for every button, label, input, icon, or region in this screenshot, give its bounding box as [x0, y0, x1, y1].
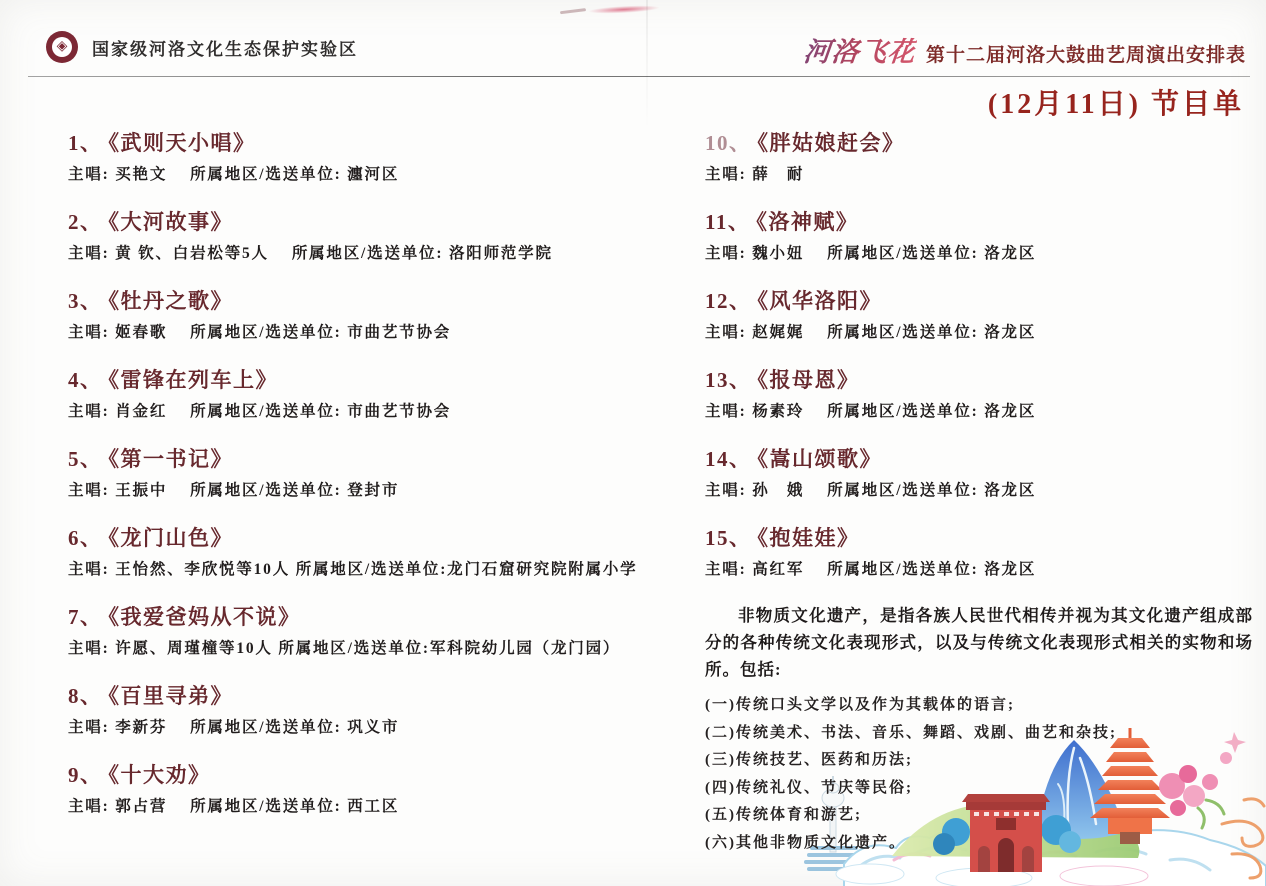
program-item: 6、《龙门山色》 主唱: 王怡然、李欣悦等10人 所属地区/选送单位:龙门石窟研…	[68, 523, 653, 581]
program-item-title-line: 8、《百里寻弟》	[68, 681, 653, 711]
program-column-left: 1、《武则天小唱》 主唱: 买艳文 所属地区/选送单位: 瀍河区 2、《大河故事…	[68, 128, 653, 839]
program-item-title-line: 15、《抱娃娃》	[705, 523, 1253, 553]
notice-list-item: (三)传统技艺、医药和历法;	[705, 747, 1253, 775]
program-item-number: 11、	[705, 210, 750, 234]
program-item-detail: 主唱: 李新芬 所属地区/选送单位: 巩义市	[68, 717, 653, 739]
program-item-title: 《胖姑娘赶会》	[758, 131, 905, 155]
program-item-title-line: 12、《风华洛阳》	[705, 286, 1253, 316]
program-item-title-line: 9、《十大劝》	[68, 760, 653, 790]
program-item-detail: 主唱: 肖金红 所属地区/选送单位: 市曲艺节协会	[68, 401, 653, 423]
program-item-title-line: 14、《嵩山颂歌》	[705, 444, 1253, 474]
program-item-title-line: 11、《洛神赋》	[705, 207, 1253, 237]
event-header: 河洛飞花 第十二届河洛大鼓曲艺周演出安排表	[804, 30, 1246, 69]
program-item: 4、《雷锋在列车上》 主唱: 肖金红 所属地区/选送单位: 市曲艺节协会	[68, 365, 653, 423]
program-item-detail: 主唱: 黄 钦、白岩松等5人 所属地区/选送单位: 洛阳师范学院	[68, 243, 653, 265]
seal-diamond-glyph: ◈	[52, 37, 72, 57]
program-item-title: 《牡丹之歌》	[109, 289, 234, 313]
program-item-detail: 主唱: 王怡然、李欣悦等10人 所属地区/选送单位:龙门石窟研究院附属小学	[68, 559, 653, 581]
program-item-number: 12、	[705, 289, 752, 313]
program-item-title: 《武则天小唱》	[109, 131, 256, 155]
program-item: 1、《武则天小唱》 主唱: 买艳文 所属地区/选送单位: 瀍河区	[68, 128, 653, 186]
program-item-number: 7、	[68, 605, 103, 629]
program-item-title-line: 6、《龙门山色》	[68, 523, 653, 553]
program-item-number: 10、	[705, 131, 752, 155]
brand-calligraphy: 河洛飞花	[802, 30, 918, 69]
program-item: 8、《百里寻弟》 主唱: 李新芬 所属地区/选送单位: 巩义市	[68, 681, 653, 739]
program-item-detail: 主唱: 孙 娥 所属地区/选送单位: 洛龙区	[705, 480, 1253, 502]
program-column-right: 10、《胖姑娘赶会》 主唱: 薛 耐 11、《洛神赋》 主唱: 魏小妞 所属地区…	[705, 128, 1253, 857]
program-item-number: 3、	[68, 289, 103, 313]
program-item-title: 《大河故事》	[109, 210, 234, 234]
program-item-number: 6、	[68, 526, 103, 550]
org-identity: ◈ 国家级河洛文化生态保护实验区	[46, 31, 358, 63]
program-item-detail: 主唱: 高红军 所属地区/选送单位: 洛龙区	[705, 559, 1253, 581]
program-item-title: 《雷锋在列车上》	[109, 368, 279, 392]
program-item-title-line: 10、《胖姑娘赶会》	[705, 128, 1253, 158]
program-item-title: 《百里寻弟》	[109, 684, 234, 708]
program-item-title: 《报母恩》	[758, 368, 860, 392]
notice-list-item: (一)传统口头文学以及作为其载体的语言;	[705, 692, 1253, 720]
notice-list: (一)传统口头文学以及作为其载体的语言; (二)传统美术、书法、音乐、舞蹈、戏剧…	[705, 692, 1253, 857]
program-item-title: 《十大劝》	[109, 763, 211, 787]
program-item-detail: 主唱: 赵娓娓 所属地区/选送单位: 洛龙区	[705, 322, 1253, 344]
program-item-title-line: 1、《武则天小唱》	[68, 128, 653, 158]
program-item-detail: 主唱: 买艳文 所属地区/选送单位: 瀍河区	[68, 164, 653, 186]
program-item-title: 《抱娃娃》	[758, 526, 860, 550]
program-item-title-line: 3、《牡丹之歌》	[68, 286, 653, 316]
program-item-number: 4、	[68, 368, 103, 392]
program-item-detail: 主唱: 薛 耐	[705, 164, 1253, 186]
program-item: 7、《我爱爸妈从不说》 主唱: 许愿、周瑾橦等10人 所属地区/选送单位:军科院…	[68, 602, 653, 660]
program-item-detail: 主唱: 许愿、周瑾橦等10人 所属地区/选送单位:军科院幼儿园（龙门园）	[68, 638, 653, 660]
program-item: 3、《牡丹之歌》 主唱: 姬春歌 所属地区/选送单位: 市曲艺节协会	[68, 286, 653, 344]
program-item: 14、《嵩山颂歌》 主唱: 孙 娥 所属地区/选送单位: 洛龙区	[705, 444, 1253, 502]
program-item: 12、《风华洛阳》 主唱: 赵娓娓 所属地区/选送单位: 洛龙区	[705, 286, 1253, 344]
program-item-title-line: 2、《大河故事》	[68, 207, 653, 237]
program-item: 11、《洛神赋》 主唱: 魏小妞 所属地区/选送单位: 洛龙区	[705, 207, 1253, 265]
program-item-detail: 主唱: 姬春歌 所属地区/选送单位: 市曲艺节协会	[68, 322, 653, 344]
program-item: 15、《抱娃娃》 主唱: 高红军 所属地区/选送单位: 洛龙区	[705, 523, 1253, 581]
program-item-detail: 主唱: 郭占营 所属地区/选送单位: 西工区	[68, 796, 653, 818]
program-item-detail: 主唱: 杨素玲 所属地区/选送单位: 洛龙区	[705, 401, 1253, 423]
notice-list-item: (四)传统礼仪、节庆等民俗;	[705, 775, 1253, 803]
program-item-number: 13、	[705, 368, 752, 392]
program-item-title: 《龙门山色》	[109, 526, 234, 550]
heluo-culture-seal-icon: ◈	[46, 31, 78, 63]
program-item-number: 15、	[705, 526, 752, 550]
header-rule	[28, 76, 1250, 77]
program-item-number: 2、	[68, 210, 103, 234]
program-item: 5、《第一书记》 主唱: 王振中 所属地区/选送单位: 登封市	[68, 444, 653, 502]
notice-list-item: (五)传统体育和游艺;	[705, 802, 1253, 830]
program-item-number: 8、	[68, 684, 103, 708]
notice-list-item: (二)传统美术、书法、音乐、舞蹈、戏剧、曲艺和杂技;	[705, 720, 1253, 748]
program-column-right-items: 10、《胖姑娘赶会》 主唱: 薛 耐 11、《洛神赋》 主唱: 魏小妞 所属地区…	[705, 128, 1253, 581]
event-title: 第十二届河洛大鼓曲艺周演出安排表	[926, 40, 1246, 67]
program-item-number: 14、	[705, 447, 752, 471]
program-item-title: 《我爱爸妈从不说》	[109, 605, 301, 629]
fold-crease	[646, 0, 648, 130]
program-item: 9、《十大劝》 主唱: 郭占营 所属地区/选送单位: 西工区	[68, 760, 653, 818]
program-item-detail: 主唱: 魏小妞 所属地区/选送单位: 洛龙区	[705, 243, 1253, 265]
program-item-title-line: 5、《第一书记》	[68, 444, 653, 474]
program-item-number: 9、	[68, 763, 103, 787]
program-item: 10、《胖姑娘赶会》 主唱: 薛 耐	[705, 128, 1253, 186]
program-item-title: 《嵩山颂歌》	[758, 447, 883, 471]
notice-list-item: (六)其他非物质文化遗产。	[705, 830, 1253, 858]
program-item-number: 5、	[68, 447, 103, 471]
program-item-title: 《洛神赋》	[756, 210, 858, 234]
program-item-title: 《第一书记》	[109, 447, 234, 471]
program-item-title-line: 4、《雷锋在列车上》	[68, 365, 653, 395]
program-item-detail: 主唱: 王振中 所属地区/选送单位: 登封市	[68, 480, 653, 502]
program-item: 13、《报母恩》 主唱: 杨素玲 所属地区/选送单位: 洛龙区	[705, 365, 1253, 423]
program-item-title: 《风华洛阳》	[758, 289, 883, 313]
program-item-title-line: 7、《我爱爸妈从不说》	[68, 602, 653, 632]
program-item-number: 1、	[68, 131, 103, 155]
scanned-program-sheet: ◈ 国家级河洛文化生态保护实验区 河洛飞花 第十二届河洛大鼓曲艺周演出安排表 (…	[0, 0, 1266, 886]
program-item-title-line: 13、《报母恩》	[705, 365, 1253, 395]
intangible-heritage-notice: 非物质文化遗产，是指各族人民世代相传并视为其文化遗产组成部分的各种传统文化表现形…	[705, 602, 1253, 857]
date-heading: (12月11日) 节目单	[988, 82, 1244, 122]
program-item: 2、《大河故事》 主唱: 黄 钦、白岩松等5人 所属地区/选送单位: 洛阳师范学…	[68, 207, 653, 265]
notice-paragraph: 非物质文化遗产，是指各族人民世代相传并视为其文化遗产组成部分的各种传统文化表现形…	[705, 602, 1253, 683]
org-name: 国家级河洛文化生态保护实验区	[92, 35, 358, 60]
